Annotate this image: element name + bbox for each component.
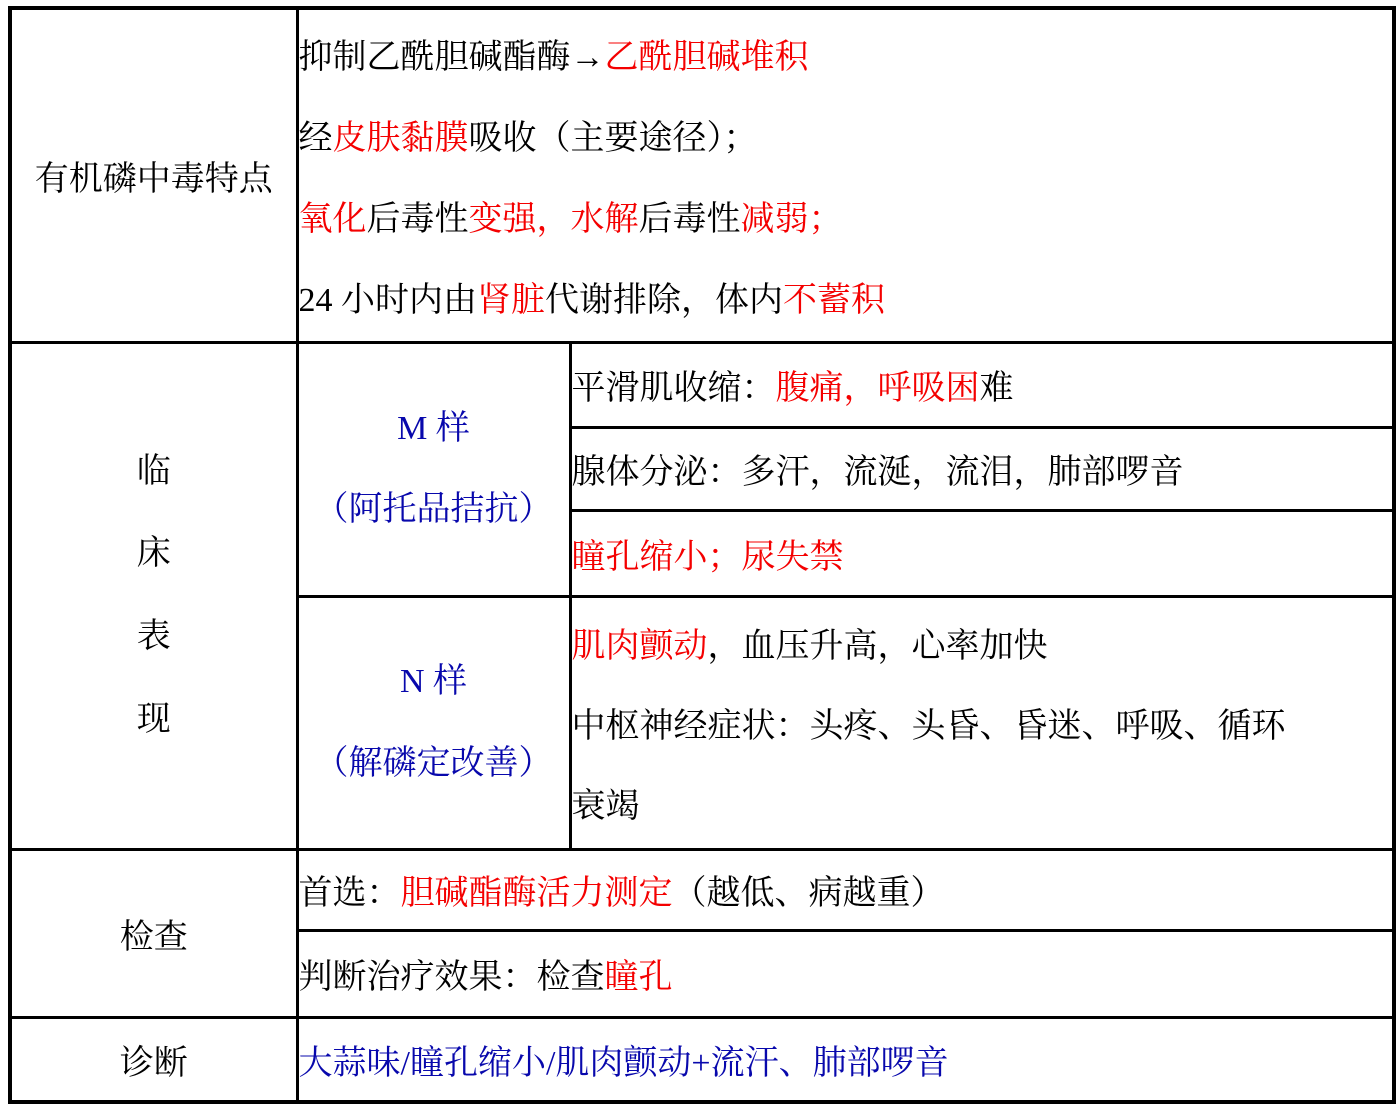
text-line: 中枢神经症状：头疼、头昏、昏迷、呼吸、循环 bbox=[572, 683, 1393, 763]
table-row-diagnosis: 诊断 大蒜味/瞳孔缩小/肌肉颤动+流汗、肺部啰音 bbox=[10, 1017, 1394, 1102]
m-type-title: M 样 bbox=[397, 410, 470, 447]
text-segment-red: 胆碱酯酶活力测定 bbox=[401, 875, 673, 912]
text-segment-blue: （阿托品拮抗） bbox=[315, 491, 553, 528]
text-line: 平滑肌收缩：腹痛，呼吸困难 bbox=[572, 370, 1014, 407]
m-symptom-row-glands: 腺体分泌：多汗，流涎，流泪，肺部啰音 bbox=[570, 427, 1394, 510]
text-segment-red: 乙酰胆碱堆积 bbox=[605, 29, 809, 78]
m-type-title-block: M 样 （阿托品拮抗） bbox=[299, 410, 569, 529]
text-segment-blue: 大蒜味/瞳孔缩小/肌肉颤动+流汗、肺部啰音 bbox=[299, 1045, 949, 1082]
vertical-char: 现 bbox=[137, 702, 171, 738]
n-type-header-cell: N 样 （解磷定改善） bbox=[297, 596, 570, 849]
row-header-examination: 检查 bbox=[10, 849, 297, 1017]
text-segment-red: 腹痛，呼吸困 bbox=[776, 370, 980, 407]
text-segment-black: 首选： bbox=[299, 875, 401, 912]
m-symptom-row-pupil: 瞳孔缩小；尿失禁 bbox=[570, 510, 1394, 596]
n-type-title: N 样 bbox=[400, 663, 467, 700]
table-row-exam-1: 检查 首选：胆碱酯酶活力测定（越低、病越重） bbox=[10, 849, 1394, 930]
text-segment-black: 衰竭 bbox=[572, 778, 640, 827]
text-segment-black: （越低、病越重） bbox=[673, 875, 945, 912]
text-line: 抑制乙酰胆碱酯酶→乙酰胆碱堆积 bbox=[299, 13, 1393, 94]
text-segment-red: 不蓄积 bbox=[783, 272, 885, 321]
n-type-subtitle: （解磷定改善） bbox=[315, 745, 553, 782]
table-row-m-1: 临 床 表 现 M 样 （阿托品拮抗） 平滑肌收缩：腹痛，呼吸困难 bbox=[10, 342, 1394, 427]
m-type-header-cell: M 样 （阿托品拮抗） bbox=[297, 342, 570, 596]
text-segment-black: ，血压升高，心率加快 bbox=[708, 618, 1048, 667]
organophosphate-poisoning-table: 有机磷中毒特点 抑制乙酰胆碱酯酶→乙酰胆碱堆积 经皮肤黏膜吸收（主要途径）； 氧… bbox=[8, 6, 1396, 1104]
text-segment-red: 瞳孔缩小；尿失禁 bbox=[572, 539, 844, 576]
vertical-header-clinical: 临 床 表 现 bbox=[12, 454, 296, 738]
exam-row-first-choice: 首选：胆碱酯酶活力测定（越低、病越重） bbox=[297, 849, 1394, 930]
text-segment-black: 腺体分泌：多汗，流涎，流泪，肺部啰音 bbox=[572, 454, 1184, 491]
text-segment-blue: N 样 bbox=[400, 663, 467, 700]
text-line: 瞳孔缩小；尿失禁 bbox=[572, 539, 844, 576]
text-segment-black: 平滑肌收缩： bbox=[572, 370, 776, 407]
vertical-char: 临 bbox=[137, 454, 171, 490]
document-page: 有机磷中毒特点 抑制乙酰胆碱酯酶→乙酰胆碱堆积 经皮肤黏膜吸收（主要途径）； 氧… bbox=[0, 0, 1398, 1107]
text-segment-black: 经 bbox=[299, 110, 333, 159]
n-symptom-content: 肌肉颤动，血压升高，心率加快 中枢神经症状：头疼、头昏、昏迷、呼吸、循环 衰竭 bbox=[570, 596, 1394, 849]
text-segment-blue: （解磷定改善） bbox=[315, 745, 553, 782]
text-segment-black: 代谢排除，体内 bbox=[545, 272, 783, 321]
vertical-char: 表 bbox=[137, 619, 171, 655]
text-line: 经皮肤黏膜吸收（主要途径）； bbox=[299, 94, 1393, 175]
text-line: 24 小时内由肾脏代谢排除，体内不蓄积 bbox=[299, 256, 1393, 337]
row-header-diagnosis: 诊断 bbox=[10, 1017, 297, 1102]
text-line: 判断治疗效果：检查瞳孔 bbox=[299, 959, 673, 996]
text-segment-black: 难 bbox=[980, 370, 1014, 407]
text-line: 腺体分泌：多汗，流涎，流泪，肺部啰音 bbox=[572, 454, 1184, 491]
m-symptom-row-smooth-muscle: 平滑肌收缩：腹痛，呼吸困难 bbox=[570, 342, 1394, 427]
text-segment-red: 氧化 bbox=[299, 191, 367, 240]
text-segment-red: 瞳孔 bbox=[605, 959, 673, 996]
text-segment-blue: M 样 bbox=[397, 410, 470, 447]
m-type-subtitle: （阿托品拮抗） bbox=[315, 491, 553, 528]
text-segment-black: 判断治疗效果：检查 bbox=[299, 959, 605, 996]
text-segment-red: 肾脏 bbox=[477, 272, 545, 321]
characteristics-content: 抑制乙酰胆碱酯酶→乙酰胆碱堆积 经皮肤黏膜吸收（主要途径）； 氧化后毒性变强，水… bbox=[297, 8, 1394, 342]
text-segment-black: 中枢神经症状：头疼、头昏、昏迷、呼吸、循环 bbox=[572, 698, 1286, 747]
diagnosis-content: 大蒜味/瞳孔缩小/肌肉颤动+流汗、肺部啰音 bbox=[297, 1017, 1394, 1102]
row-header-characteristics: 有机磷中毒特点 bbox=[10, 8, 297, 342]
row-header-clinical: 临 床 表 现 bbox=[10, 342, 297, 849]
text-segment-red: 肌肉颤动 bbox=[572, 618, 708, 667]
text-segment-red: 变强，水解 bbox=[469, 191, 639, 240]
text-segment-red: 减弱； bbox=[741, 191, 843, 240]
text-segment-black: 24 小时内由 bbox=[299, 272, 478, 321]
text-segment-black: 后毒性 bbox=[367, 191, 469, 240]
text-segment-red: 皮肤黏膜 bbox=[333, 110, 469, 159]
table-row-characteristics: 有机磷中毒特点 抑制乙酰胆碱酯酶→乙酰胆碱堆积 经皮肤黏膜吸收（主要途径）； 氧… bbox=[10, 8, 1394, 342]
text-line: 氧化后毒性变强，水解后毒性减弱； bbox=[299, 175, 1393, 256]
exam-row-treatment-effect: 判断治疗效果：检查瞳孔 bbox=[297, 930, 1394, 1017]
n-type-title-block: N 样 （解磷定改善） bbox=[299, 663, 569, 782]
text-segment-black: 后毒性 bbox=[639, 191, 741, 240]
text-line: 大蒜味/瞳孔缩小/肌肉颤动+流汗、肺部啰音 bbox=[299, 1045, 949, 1082]
text-line: 衰竭 bbox=[572, 763, 1393, 843]
text-line: 首选：胆碱酯酶活力测定（越低、病越重） bbox=[299, 875, 945, 912]
vertical-char: 床 bbox=[137, 536, 171, 572]
text-line: 肌肉颤动，血压升高，心率加快 bbox=[572, 603, 1393, 683]
text-segment-black: 抑制乙酰胆碱酯酶→ bbox=[299, 29, 605, 78]
text-segment-black: 吸收（主要途径）； bbox=[469, 110, 758, 159]
